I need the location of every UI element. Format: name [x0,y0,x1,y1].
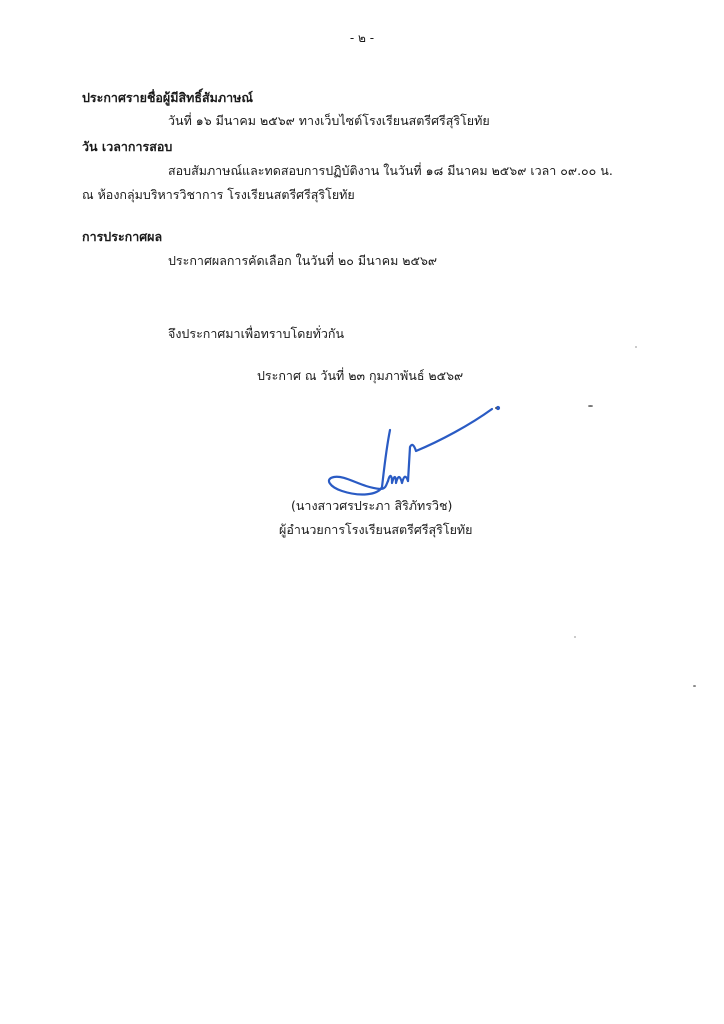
scan-speck [635,346,637,348]
scan-mark [588,405,593,407]
announcement-date: ประกาศ ณ วันที่ ๒๓ กุมภาพันธ์ ๒๕๖๙ [257,368,463,384]
closing-statement: จึงประกาศมาเพื่อทราบโดยทั่วกัน [168,326,344,342]
exam-schedule-line-2: ณ ห้องกลุ่มบริหารวิชาการ โรงเรียนสตรีศรี… [82,187,355,203]
exam-schedule-line-1: สอบสัมภาษณ์และทดสอบการปฏิบัติงาน ในวันที… [168,163,613,179]
signatory-title: ผู้อำนวยการโรงเรียนสตรีศรีสุริโยทัย [279,522,472,538]
scan-speck [574,636,576,638]
signatory-name: (นางสาวศรประภา สิริภัทรวิช) [291,498,452,514]
scan-speck [693,685,696,687]
scan-speck [495,407,497,409]
candidate-list-date-line: วันที่ ๑๖ มีนาคม ๒๕๖๙ ทางเว็บไซต์โรงเรีย… [168,113,490,129]
results-date-line: ประกาศผลการคัดเลือก ในวันที่ ๒๐ มีนาคม ๒… [168,253,437,269]
section-heading-results: การประกาศผล [82,229,162,245]
section-heading-candidate-list: ประกาศรายชื่อผู้มีสิทธิ์สัมภาษณ์ [82,90,253,106]
signature-image [320,395,520,505]
section-heading-exam-schedule: วัน เวลาการสอบ [82,139,172,155]
document-page: - ๒ - ประกาศรายชื่อผู้มีสิทธิ์สัมภาษณ์ ว… [0,0,724,1024]
page-number: - ๒ - [340,30,384,46]
